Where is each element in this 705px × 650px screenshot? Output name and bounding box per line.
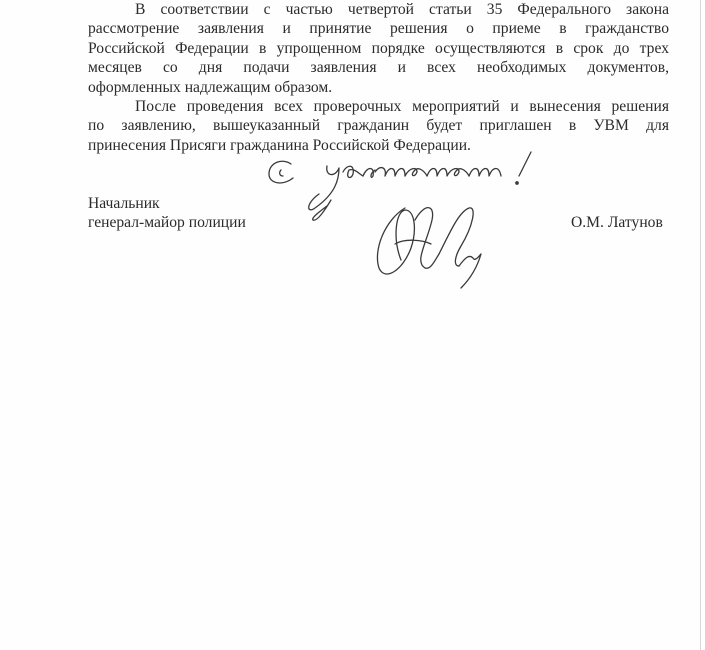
- letter-body: В соответствии с частью четвертой статьи…: [88, 0, 669, 155]
- signer-position: Начальник генерал-майор полиции: [88, 194, 246, 233]
- position-line-rank: генерал-майор полиции: [88, 213, 246, 232]
- text-line: месяцев со дня подачи заявления и всех н…: [88, 58, 669, 77]
- position-line-chief: Начальник: [88, 194, 246, 213]
- text-line: В соответствии с частью четвертой статьи…: [88, 0, 669, 19]
- text-line: по заявлению, вышеуказанный гражданин бу…: [88, 116, 669, 135]
- text-line: Российской Федерации в упрощенном порядк…: [88, 39, 669, 58]
- paragraph-citizenship-term: В соответствии с частью четвертой статьи…: [88, 0, 669, 97]
- text-line: После проведения всех проверочных меропр…: [88, 97, 669, 116]
- paragraph-oath-invitation: После проведения всех проверочных меропр…: [88, 97, 669, 155]
- text-line: рассмотрение заявления и принятие решени…: [88, 19, 669, 38]
- document-page: В соответствии с частью четвертой статьи…: [0, 0, 705, 650]
- handwritten-signature-icon: С уважением!: [255, 150, 575, 290]
- signer-name: О.М. Латунов: [571, 213, 663, 232]
- page-edge-line: [700, 0, 701, 650]
- text-line: оформленных надлежащим образом.: [88, 78, 669, 97]
